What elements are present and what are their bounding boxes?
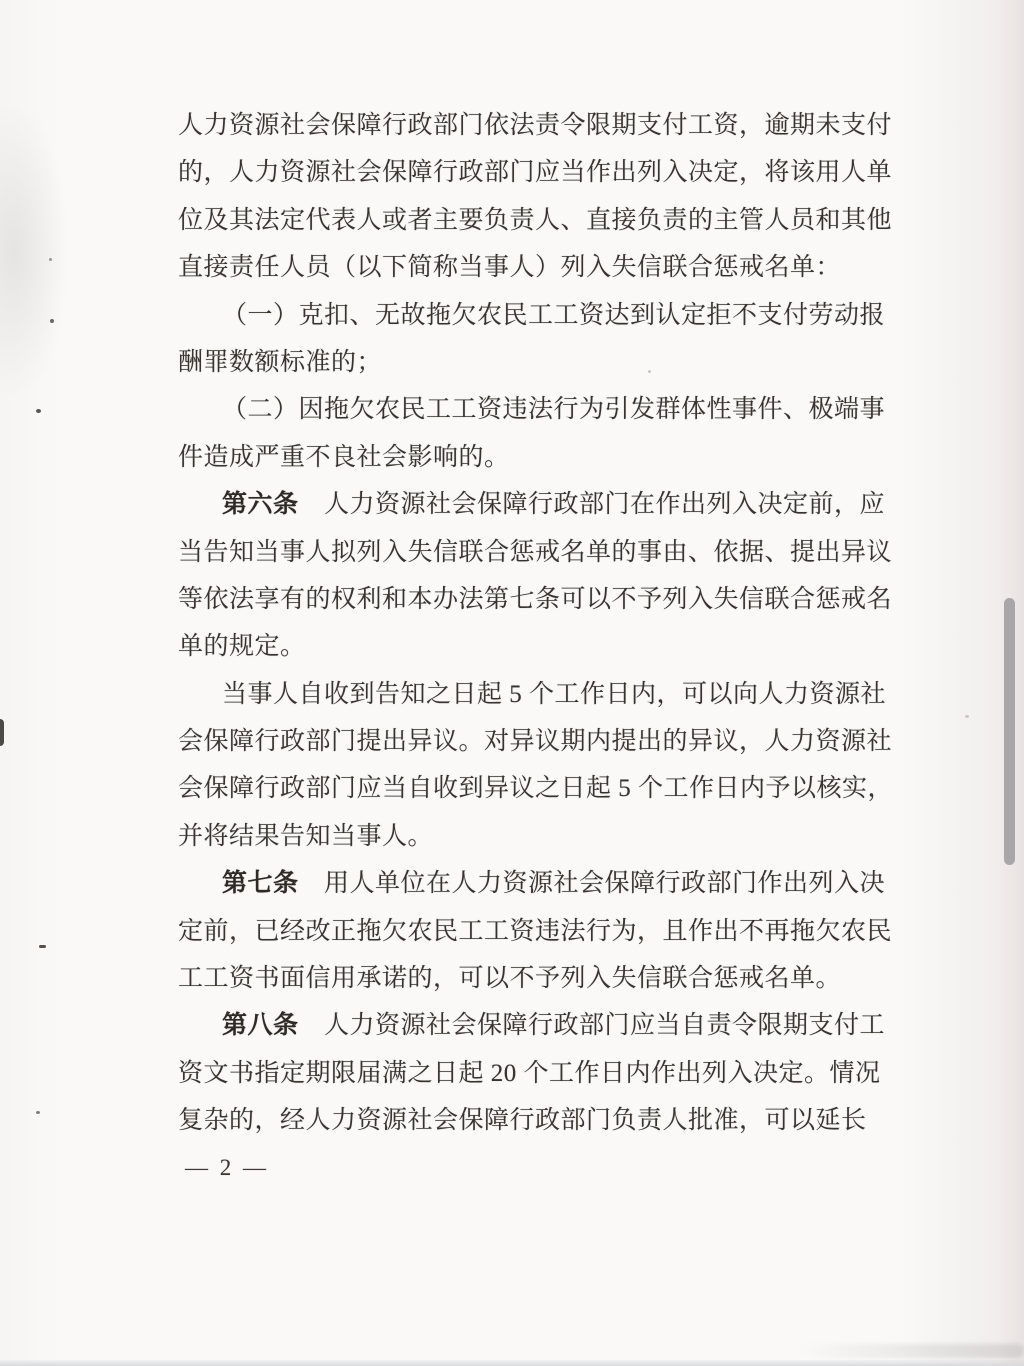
scanned-document-page: 人力资源社会保障行政部门依法责令限期支付工资，逾期未支付的，人力资源社会保障行政… [0,0,1024,1366]
scan-speckle [648,370,651,373]
text-line: 资文书指定期限届满之日起 20 个工作日内作出列入决定。情况 [178,1050,884,1097]
vertical-scrollbar-thumb[interactable] [1004,598,1015,865]
text-line: 定前，已经改正拖欠农民工工资违法行为，且作出不再拖欠农民 [178,908,884,955]
text-line: （二）因拖欠农民工工资违法行为引发群体性事件、极端事 [178,386,884,433]
scan-speckle [965,715,969,718]
text-line: 第七条 用人单位在人力资源社会保障行政部门作出列入决 [178,860,884,907]
scan-speckle [49,258,52,261]
text-line: 会保障行政部门提出异议。对异议期内提出的异议，人力资源社 [178,718,884,765]
text-line: 工工资书面信用承诺的，可以不予列入失信联合惩戒名单。 [178,955,884,1002]
scan-edge-mark [0,719,4,746]
article-number: 第七条 [222,870,299,897]
text-line: 第八条 人力资源社会保障行政部门应当自责令限期支付工 [178,1002,884,1049]
text-line: 当事人自收到告知之日起 5 个工作日内，可以向人力资源社 [178,671,884,718]
scan-corner-shadow [0,100,70,400]
scan-speckle [36,409,41,413]
text-line: 单的规定。 [178,623,884,670]
article-number: 第八条 [222,1012,299,1039]
text-line: 当告知当事人拟列入失信联合惩戒名单的事由、依据、提出异议 [178,529,884,576]
scan-speckle [39,945,46,948]
text-line: 复杂的，经人力资源社会保障行政部门负责人批准，可以延长 [178,1097,884,1144]
text-line: 会保障行政部门应当自收到异议之日起 5 个工作日内予以核实， [178,765,884,812]
text-line: 等依法享有的权利和本办法第七条可以不予列入失信联合惩戒名 [178,576,884,623]
article-number: 第六条 [222,491,299,518]
page-number: — 2 — [185,1144,269,1191]
scan-speckle [50,319,54,323]
text-line: 人力资源社会保障行政部门依法责令限期支付工资，逾期未支付 [178,102,884,149]
text-line: 并将结果告知当事人。 [178,813,884,860]
text-line: 位及其法定代表人或者主要负责人、直接负责的主管人员和其他 [178,197,884,244]
screenshot-bottom-edge [0,1360,1024,1366]
faint-watermark-smudge [800,1344,1024,1358]
text-line: 的，人力资源社会保障行政部门应当作出列入决定，将该用人单 [178,149,884,196]
text-line: （一）克扣、无故拖欠农民工工资达到认定拒不支付劳动报 [178,292,884,339]
text-line: 件造成严重不良社会影响的。 [178,434,884,481]
document-text: 人力资源社会保障行政部门依法责令限期支付工资，逾期未支付的，人力资源社会保障行政… [178,102,884,1145]
text-line: 酬罪数额标准的； [178,339,884,386]
text-line: 直接责任人员（以下简称当事人）列入失信联合惩戒名单： [178,244,884,291]
text-line: 第六条 人力资源社会保障行政部门在作出列入决定前，应 [178,481,884,528]
scan-speckle [36,1111,40,1114]
